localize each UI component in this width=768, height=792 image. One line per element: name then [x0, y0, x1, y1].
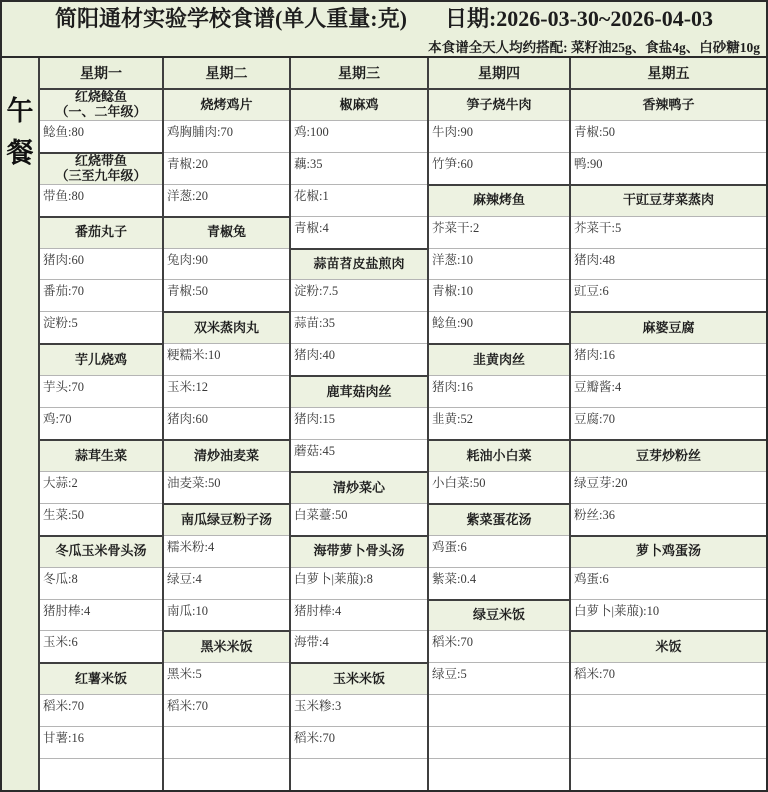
day-columns: 星期一红烧鲶鱼 （一、二年级）鲶鱼:80红烧带鱼 （三至九年级）带鱼:80番茄丸… — [38, 58, 766, 790]
empty-cell — [164, 758, 289, 790]
ingredient-cell: 白萝卜|莱菔):10 — [571, 599, 766, 631]
dish-name-cell: 红薯米饭 — [40, 662, 162, 694]
ingredient-cell: 藕:35 — [291, 152, 427, 184]
ingredient-cell: 竹笋:60 — [429, 152, 569, 184]
ingredient-cell: 鸡蛋:6 — [429, 535, 569, 567]
ingredient-cell: 牛肉:90 — [429, 120, 569, 152]
day-column: 星期三椒麻鸡鸡:100藕:35花椒:1青椒:4蒜苗苕皮盐煎肉淀粉:7.5蒜苗:3… — [289, 58, 427, 790]
ingredient-cell: 玉米:6 — [40, 630, 162, 662]
dish-name-cell: 耗油小白菜 — [429, 439, 569, 471]
ingredient-cell: 芥菜干:5 — [571, 216, 766, 248]
dish-name-cell: 红烧鲶鱼 （一、二年级） — [40, 88, 162, 120]
meal-char: 餐 — [7, 132, 34, 174]
ingredient-cell: 青椒:20 — [164, 152, 289, 184]
ingredient-cell: 青椒:50 — [164, 279, 289, 311]
dish-name-cell: 黑米米饭 — [164, 630, 289, 662]
day-cell-list: 椒麻鸡鸡:100藕:35花椒:1青椒:4蒜苗苕皮盐煎肉淀粉:7.5蒜苗:35猪肉… — [291, 88, 427, 790]
school-menu-page: 简阳通材实验学校食谱(单人重量:克) 日期:2026-03-30~2026-04… — [0, 0, 768, 792]
empty-cell — [429, 726, 569, 758]
ingredient-cell: 猪肘棒:4 — [291, 599, 427, 631]
day-header: 星期四 — [429, 58, 569, 88]
menu-table: 午 餐 星期一红烧鲶鱼 （一、二年级）鲶鱼:80红烧带鱼 （三至九年级）带鱼:8… — [2, 56, 766, 790]
day-cell-list: 烧烤鸡片鸡胸脯肉:70青椒:20洋葱:20青椒兔兔肉:90青椒:50双米蒸肉丸粳… — [164, 88, 289, 790]
dish-name-cell: 红烧带鱼 （三至九年级） — [40, 152, 162, 184]
ingredient-cell: 鸡胸脯肉:70 — [164, 120, 289, 152]
day-column: 星期五香辣鸭子青椒:50鸭:90干豇豆芽菜蒸肉芥菜干:5猪肉:48豇豆:6麻婆豆… — [569, 58, 766, 790]
dish-name-cell: 麻辣烤鱼 — [429, 184, 569, 216]
empty-cell — [429, 694, 569, 726]
ingredient-cell: 蒜苗:35 — [291, 311, 427, 343]
ingredient-cell: 稻米:70 — [429, 630, 569, 662]
ingredient-cell: 白萝卜|莱菔):8 — [291, 567, 427, 599]
dish-name-cell: 青椒兔 — [164, 216, 289, 248]
title-bar: 简阳通材实验学校食谱(单人重量:克) 日期:2026-03-30~2026-04… — [2, 2, 766, 56]
day-column: 星期一红烧鲶鱼 （一、二年级）鲶鱼:80红烧带鱼 （三至九年级）带鱼:80番茄丸… — [38, 58, 162, 790]
ingredient-cell: 猪肉:16 — [571, 343, 766, 375]
ingredient-cell: 鸡:70 — [40, 407, 162, 439]
ingredient-cell: 豆腐:70 — [571, 407, 766, 439]
ingredient-cell: 番茄:70 — [40, 279, 162, 311]
empty-cell — [429, 758, 569, 790]
ingredient-cell: 绿豆:4 — [164, 567, 289, 599]
ingredient-cell: 稻米:70 — [164, 694, 289, 726]
ingredient-cell: 猪肉:60 — [40, 248, 162, 280]
dish-name-cell: 清炒菜心 — [291, 471, 427, 503]
ingredient-cell: 玉米:12 — [164, 375, 289, 407]
ingredient-cell: 玉米糁:3 — [291, 694, 427, 726]
dish-name-cell: 玉米米饭 — [291, 662, 427, 694]
day-cell-list: 红烧鲶鱼 （一、二年级）鲶鱼:80红烧带鱼 （三至九年级）带鱼:80番茄丸子猪肉… — [40, 88, 162, 790]
day-header: 星期五 — [571, 58, 766, 88]
ingredient-cell: 粳糯米:10 — [164, 343, 289, 375]
dish-name-cell: 萝卜鸡蛋汤 — [571, 535, 766, 567]
ingredient-cell: 芋头:70 — [40, 375, 162, 407]
ingredient-cell: 白菜薹:50 — [291, 503, 427, 535]
ingredient-cell: 兔肉:90 — [164, 248, 289, 280]
ingredient-cell: 鲶鱼:80 — [40, 120, 162, 152]
day-header: 星期二 — [164, 58, 289, 88]
ingredient-cell: 冬瓜:8 — [40, 567, 162, 599]
empty-cell — [40, 758, 162, 790]
dish-name-cell: 豆芽炒粉丝 — [571, 439, 766, 471]
ingredient-cell: 紫菜:0.4 — [429, 567, 569, 599]
ingredient-cell: 青椒:10 — [429, 279, 569, 311]
ingredient-cell: 蘑菇:45 — [291, 439, 427, 471]
ingredient-cell: 鸭:90 — [571, 152, 766, 184]
ingredient-cell: 南瓜:10 — [164, 599, 289, 631]
ingredient-cell: 猪肉:48 — [571, 248, 766, 280]
ingredient-cell: 稻米:70 — [291, 726, 427, 758]
dish-name-cell: 番茄丸子 — [40, 216, 162, 248]
dish-name-cell: 香辣鸭子 — [571, 88, 766, 120]
ingredient-cell: 粉丝:36 — [571, 503, 766, 535]
ingredient-cell: 青椒:50 — [571, 120, 766, 152]
dish-name-cell: 笋子烧牛肉 — [429, 88, 569, 120]
ingredient-cell: 大蒜:2 — [40, 471, 162, 503]
dish-name-cell: 麻婆豆腐 — [571, 311, 766, 343]
dish-name-cell: 干豇豆芽菜蒸肉 — [571, 184, 766, 216]
ingredient-cell: 猪肉:60 — [164, 407, 289, 439]
ingredient-cell: 猪肘棒:4 — [40, 599, 162, 631]
ingredient-cell: 花椒:1 — [291, 184, 427, 216]
ingredient-cell: 油麦菜:50 — [164, 471, 289, 503]
ingredient-cell: 带鱼:80 — [40, 184, 162, 216]
day-column: 星期四笋子烧牛肉牛肉:90竹笋:60麻辣烤鱼芥菜干:2洋葱:10青椒:10鲶鱼:… — [427, 58, 569, 790]
ingredient-cell: 淀粉:5 — [40, 311, 162, 343]
day-header: 星期三 — [291, 58, 427, 88]
dish-name-cell: 椒麻鸡 — [291, 88, 427, 120]
ingredient-cell: 海带:4 — [291, 630, 427, 662]
day-column: 星期二烧烤鸡片鸡胸脯肉:70青椒:20洋葱:20青椒兔兔肉:90青椒:50双米蒸… — [162, 58, 289, 790]
ingredient-cell: 猪肉:40 — [291, 343, 427, 375]
ingredient-cell: 鸡:100 — [291, 120, 427, 152]
empty-cell — [291, 758, 427, 790]
ingredient-cell: 猪肉:15 — [291, 407, 427, 439]
dish-name-cell: 南瓜绿豆粉子汤 — [164, 503, 289, 535]
dish-name-cell: 海带萝卜骨头汤 — [291, 535, 427, 567]
ingredient-cell: 猪肉:16 — [429, 375, 569, 407]
ingredient-cell: 豆瓣酱:4 — [571, 375, 766, 407]
day-cell-list: 香辣鸭子青椒:50鸭:90干豇豆芽菜蒸肉芥菜干:5猪肉:48豇豆:6麻婆豆腐猪肉… — [571, 88, 766, 790]
dish-name-cell: 蒜苗苕皮盐煎肉 — [291, 248, 427, 280]
condiment-note: 本食谱全天人均约搭配: 菜籽油25g、食盐4g、白砂糖10g — [2, 33, 766, 56]
meal-label-lunch: 午 餐 — [2, 58, 38, 790]
ingredient-cell: 黑米:5 — [164, 662, 289, 694]
dish-name-cell: 紫菜蛋花汤 — [429, 503, 569, 535]
dish-name-cell: 绿豆米饭 — [429, 599, 569, 631]
ingredient-cell: 芥菜干:2 — [429, 216, 569, 248]
ingredient-cell: 韭黄:52 — [429, 407, 569, 439]
ingredient-cell: 小白菜:50 — [429, 471, 569, 503]
school-title: 简阳通材实验学校食谱(单人重量:克) — [55, 2, 407, 33]
dish-name-cell: 鹿茸菇肉丝 — [291, 375, 427, 407]
ingredient-cell: 洋葱:20 — [164, 184, 289, 216]
ingredient-cell: 稻米:70 — [40, 694, 162, 726]
empty-cell — [571, 758, 766, 790]
day-header: 星期一 — [40, 58, 162, 88]
ingredient-cell: 稻米:70 — [571, 662, 766, 694]
ingredient-cell: 糯米粉:4 — [164, 535, 289, 567]
dish-name-cell: 蒜茸生菜 — [40, 439, 162, 471]
day-cell-list: 笋子烧牛肉牛肉:90竹笋:60麻辣烤鱼芥菜干:2洋葱:10青椒:10鲶鱼:90韭… — [429, 88, 569, 790]
dish-name-cell: 韭黄肉丝 — [429, 343, 569, 375]
empty-cell — [571, 726, 766, 758]
ingredient-cell: 豇豆:6 — [571, 279, 766, 311]
ingredient-cell: 绿豆:5 — [429, 662, 569, 694]
ingredient-cell: 洋葱:10 — [429, 248, 569, 280]
ingredient-cell: 鲶鱼:90 — [429, 311, 569, 343]
ingredient-cell: 甘薯:16 — [40, 726, 162, 758]
ingredient-cell: 青椒:4 — [291, 216, 427, 248]
dish-name-cell: 清炒油麦菜 — [164, 439, 289, 471]
dish-name-cell: 烧烤鸡片 — [164, 88, 289, 120]
dish-name-cell: 冬瓜玉米骨头汤 — [40, 535, 162, 567]
ingredient-cell: 绿豆芽:20 — [571, 471, 766, 503]
dish-name-cell: 双米蒸肉丸 — [164, 311, 289, 343]
ingredient-cell: 鸡蛋:6 — [571, 567, 766, 599]
date-range: 日期:2026-03-30~2026-04-03 — [445, 2, 713, 33]
dish-name-cell: 芋儿烧鸡 — [40, 343, 162, 375]
dish-name-cell: 米饭 — [571, 630, 766, 662]
page-title: 简阳通材实验学校食谱(单人重量:克) 日期:2026-03-30~2026-04… — [2, 2, 766, 33]
ingredient-cell: 淀粉:7.5 — [291, 279, 427, 311]
ingredient-cell: 生菜:50 — [40, 503, 162, 535]
empty-cell — [164, 726, 289, 758]
meal-char: 午 — [7, 90, 34, 132]
empty-cell — [571, 694, 766, 726]
